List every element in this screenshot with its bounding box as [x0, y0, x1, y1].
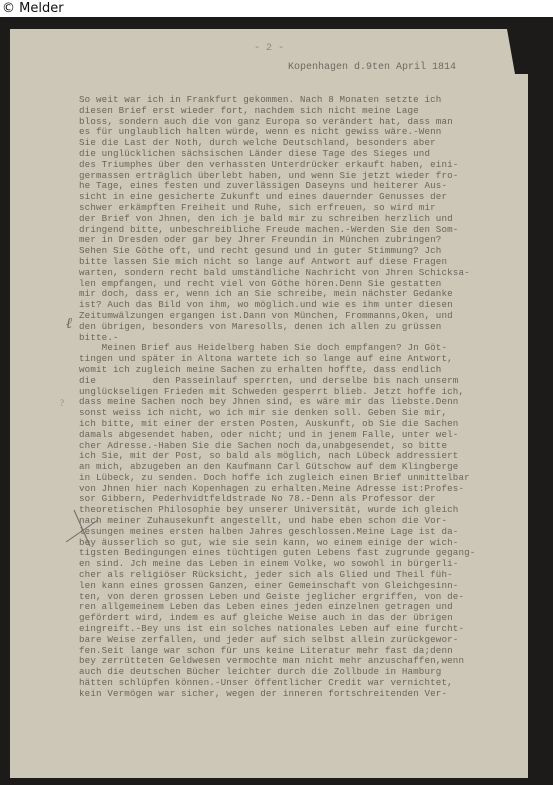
letter-line: die den Passeinlauf sperrten, und dersel… — [79, 376, 519, 387]
margin-annotation-mark: ℓ — [66, 316, 72, 333]
letter-line: des Triumphes über den verhassten Unterd… — [79, 160, 519, 171]
letter-line: diesen Brief erst wieder fort, nachdem s… — [79, 106, 519, 117]
margin-cross-mark-icon — [64, 508, 100, 550]
letter-dateline: Kopenhagen d.9ten April 1814 — [288, 62, 456, 73]
page-number: - 2 - — [10, 43, 528, 54]
letter-line: warten, sondern recht bald umständliche … — [79, 268, 519, 279]
letter-line: damals abgesendet haben, oder nicht; und… — [79, 430, 519, 441]
letter-line: kein Vermögen war sicher, wegen der inne… — [79, 689, 519, 700]
letter-line: der Brief von Jhnen, den ich je bald mir… — [79, 214, 519, 225]
letter-line: den übrigen, besonders von Maresolls, de… — [79, 322, 519, 333]
margin-annotation-question: ? — [60, 398, 64, 408]
copyright-credit: © Melder — [2, 0, 64, 17]
letter-body: So weit war ich in Frankfurt gekommen. N… — [79, 95, 519, 700]
